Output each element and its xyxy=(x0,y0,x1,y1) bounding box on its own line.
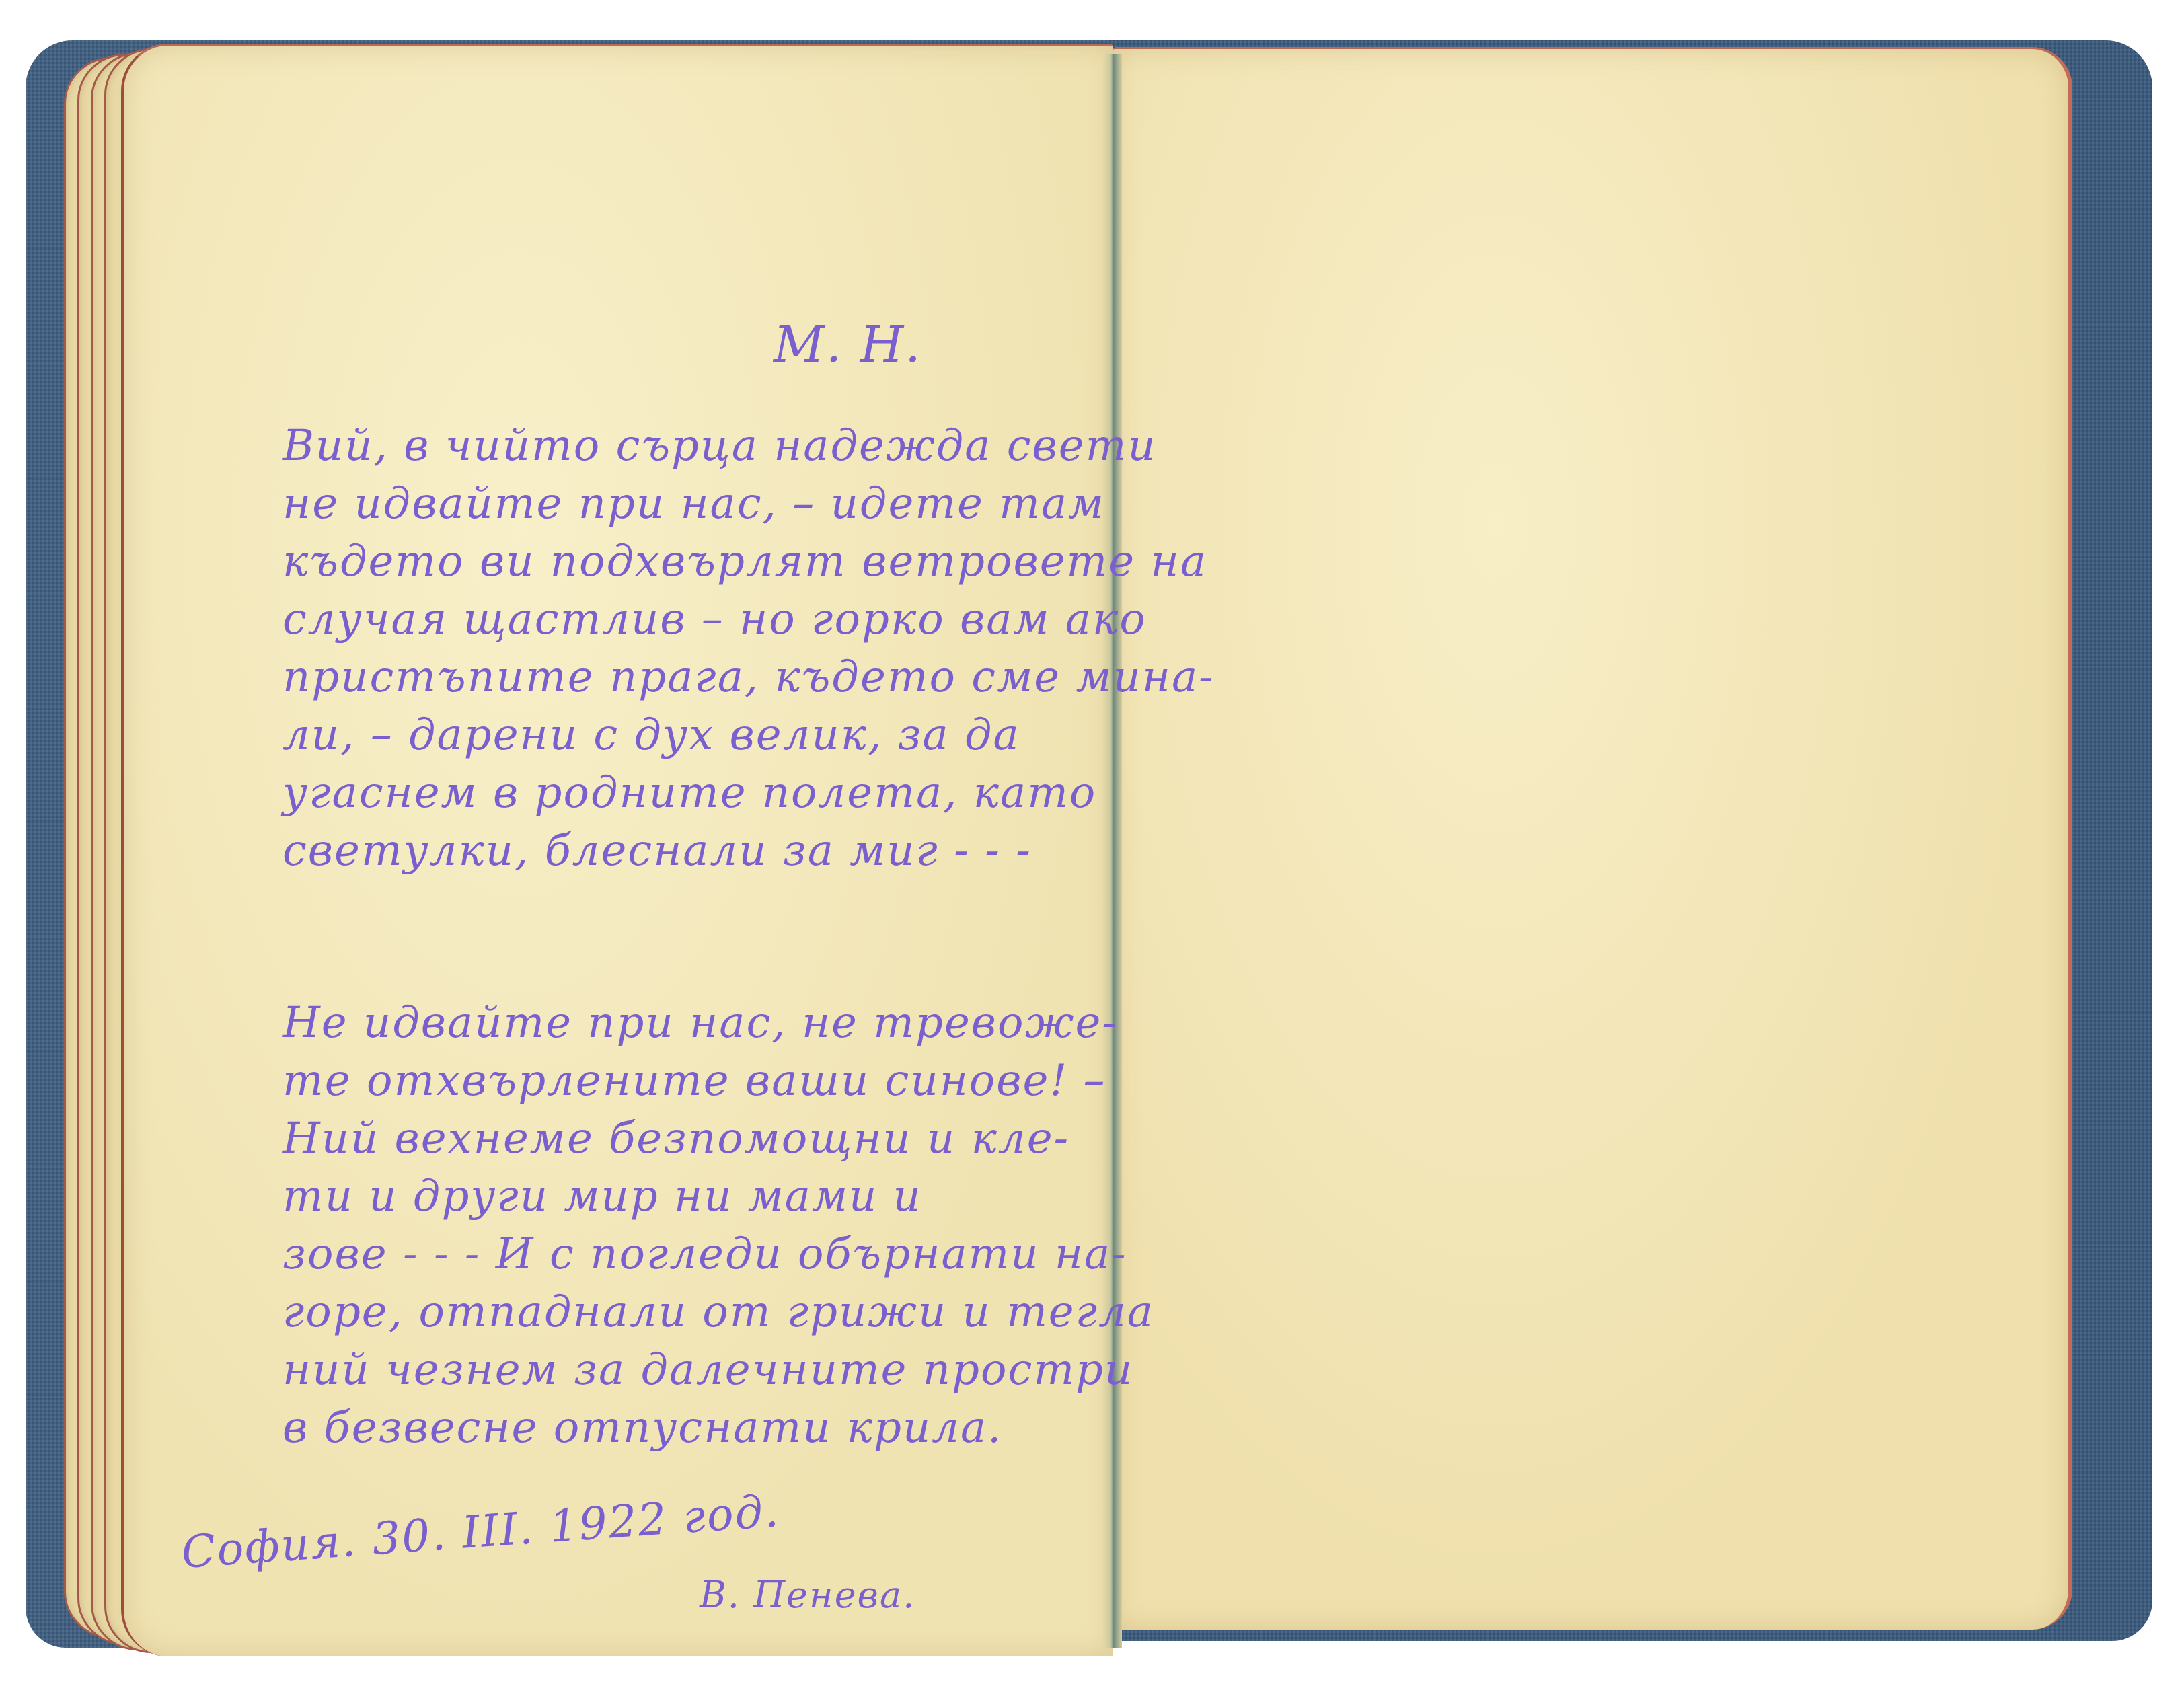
poem-line: Вий, в чийто сърца надежда свети xyxy=(283,417,1215,475)
poem-line: случая щастлив – но горко вам ако xyxy=(283,590,1215,648)
poem-line: ли, – дарени с дух велик, за да xyxy=(283,706,1215,764)
poem-line: светулки, блеснали за миг - - - xyxy=(283,822,1215,880)
poem-line: Не идвайте при нас, не тревоже- xyxy=(283,994,1215,1052)
poem-line: ний чезнем за далечните простри xyxy=(283,1341,1215,1399)
poem-line: не идвайте при нас, – идете там xyxy=(283,475,1215,533)
poem-line: където ви подхвърлят ветровете на xyxy=(283,533,1215,590)
poem-line: в безвесне отпуснати крила. xyxy=(283,1399,1215,1457)
poem-line: горе, отпаднали от грижи и тегла xyxy=(283,1283,1215,1341)
poem-line: пристъпите прага, където сме мина- xyxy=(283,648,1215,706)
poem-title: М. Н. xyxy=(774,316,922,374)
right-page-blank xyxy=(1113,47,2072,1630)
poem-body: Вий, в чийто сърца надежда свети не идва… xyxy=(283,417,1215,1457)
poem-line: те отхвърлените ваши синове! – xyxy=(283,1052,1215,1110)
poem-line: Ний вехнеме безпомощни и кле- xyxy=(283,1110,1215,1168)
poem-line: угаснем в родните полета, като xyxy=(283,764,1215,822)
stanza-break xyxy=(283,880,1215,994)
poem-line: зове - - - И с погледи обърнати на- xyxy=(283,1225,1215,1283)
poem-line: ти и други мир ни мами и xyxy=(283,1168,1215,1225)
author-signature: В. Пенева. xyxy=(700,1574,915,1616)
